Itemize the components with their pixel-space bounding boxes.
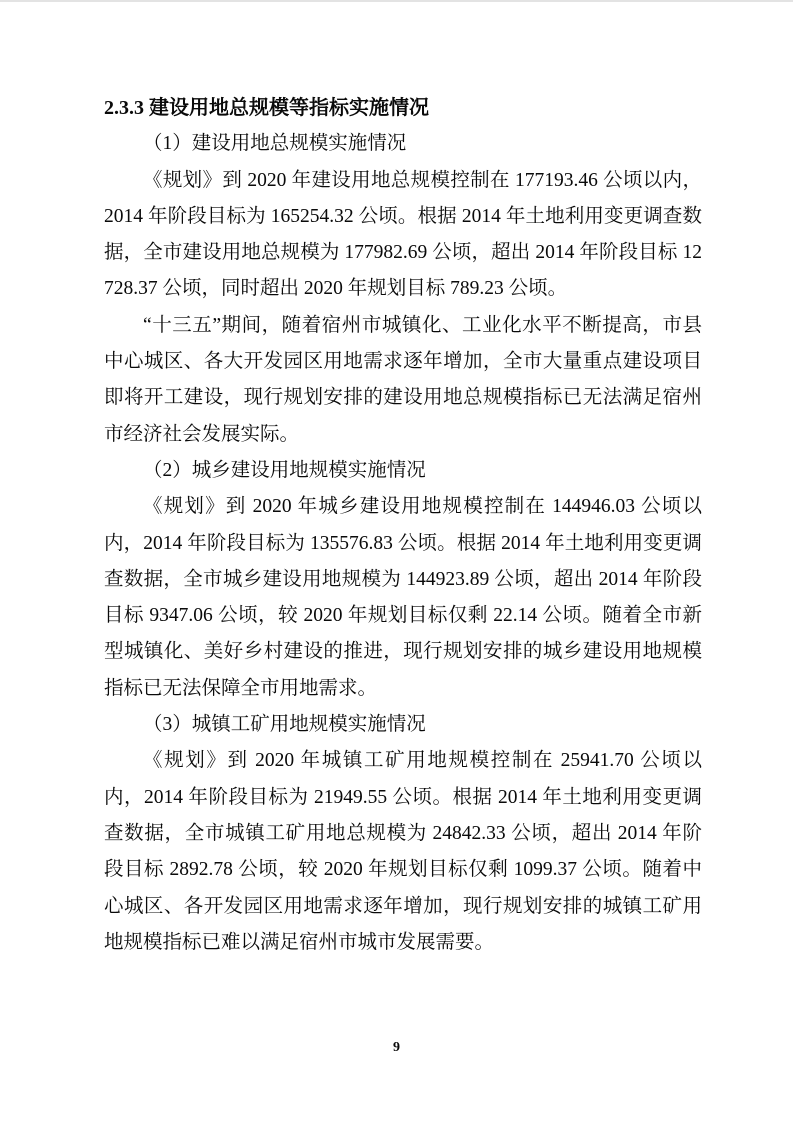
document-content: 2.3.3 建设用地总规模等指标实施情况 （1）建设用地总规模实施情况 《规划》… xyxy=(104,90,702,961)
paragraph: “十三五”期间，随着宿州市城镇化、工业化水平不断提高，市县中心城区、各大开发园区… xyxy=(104,308,702,453)
page-number: 9 xyxy=(0,1038,793,1058)
section-heading: 2.3.3 建设用地总规模等指标实施情况 xyxy=(104,90,702,126)
document-page: 2.3.3 建设用地总规模等指标实施情况 （1）建设用地总规模实施情况 《规划》… xyxy=(0,0,793,1122)
subheading-2: （2）城乡建设用地规模实施情况 xyxy=(104,453,702,489)
paragraph: 《规划》到 2020 年建设用地总规模控制在 177193.46 公顷以内，20… xyxy=(104,163,702,308)
subheading-1: （1）建设用地总规模实施情况 xyxy=(104,126,702,162)
paragraph: 《规划》到 2020 年城乡建设用地规模控制在 144946.03 公顷以内，2… xyxy=(104,489,702,707)
subheading-3: （3）城镇工矿用地规模实施情况 xyxy=(104,707,702,743)
paragraph: 《规划》到 2020 年城镇工矿用地规模控制在 25941.70 公顷以内，20… xyxy=(104,743,702,961)
